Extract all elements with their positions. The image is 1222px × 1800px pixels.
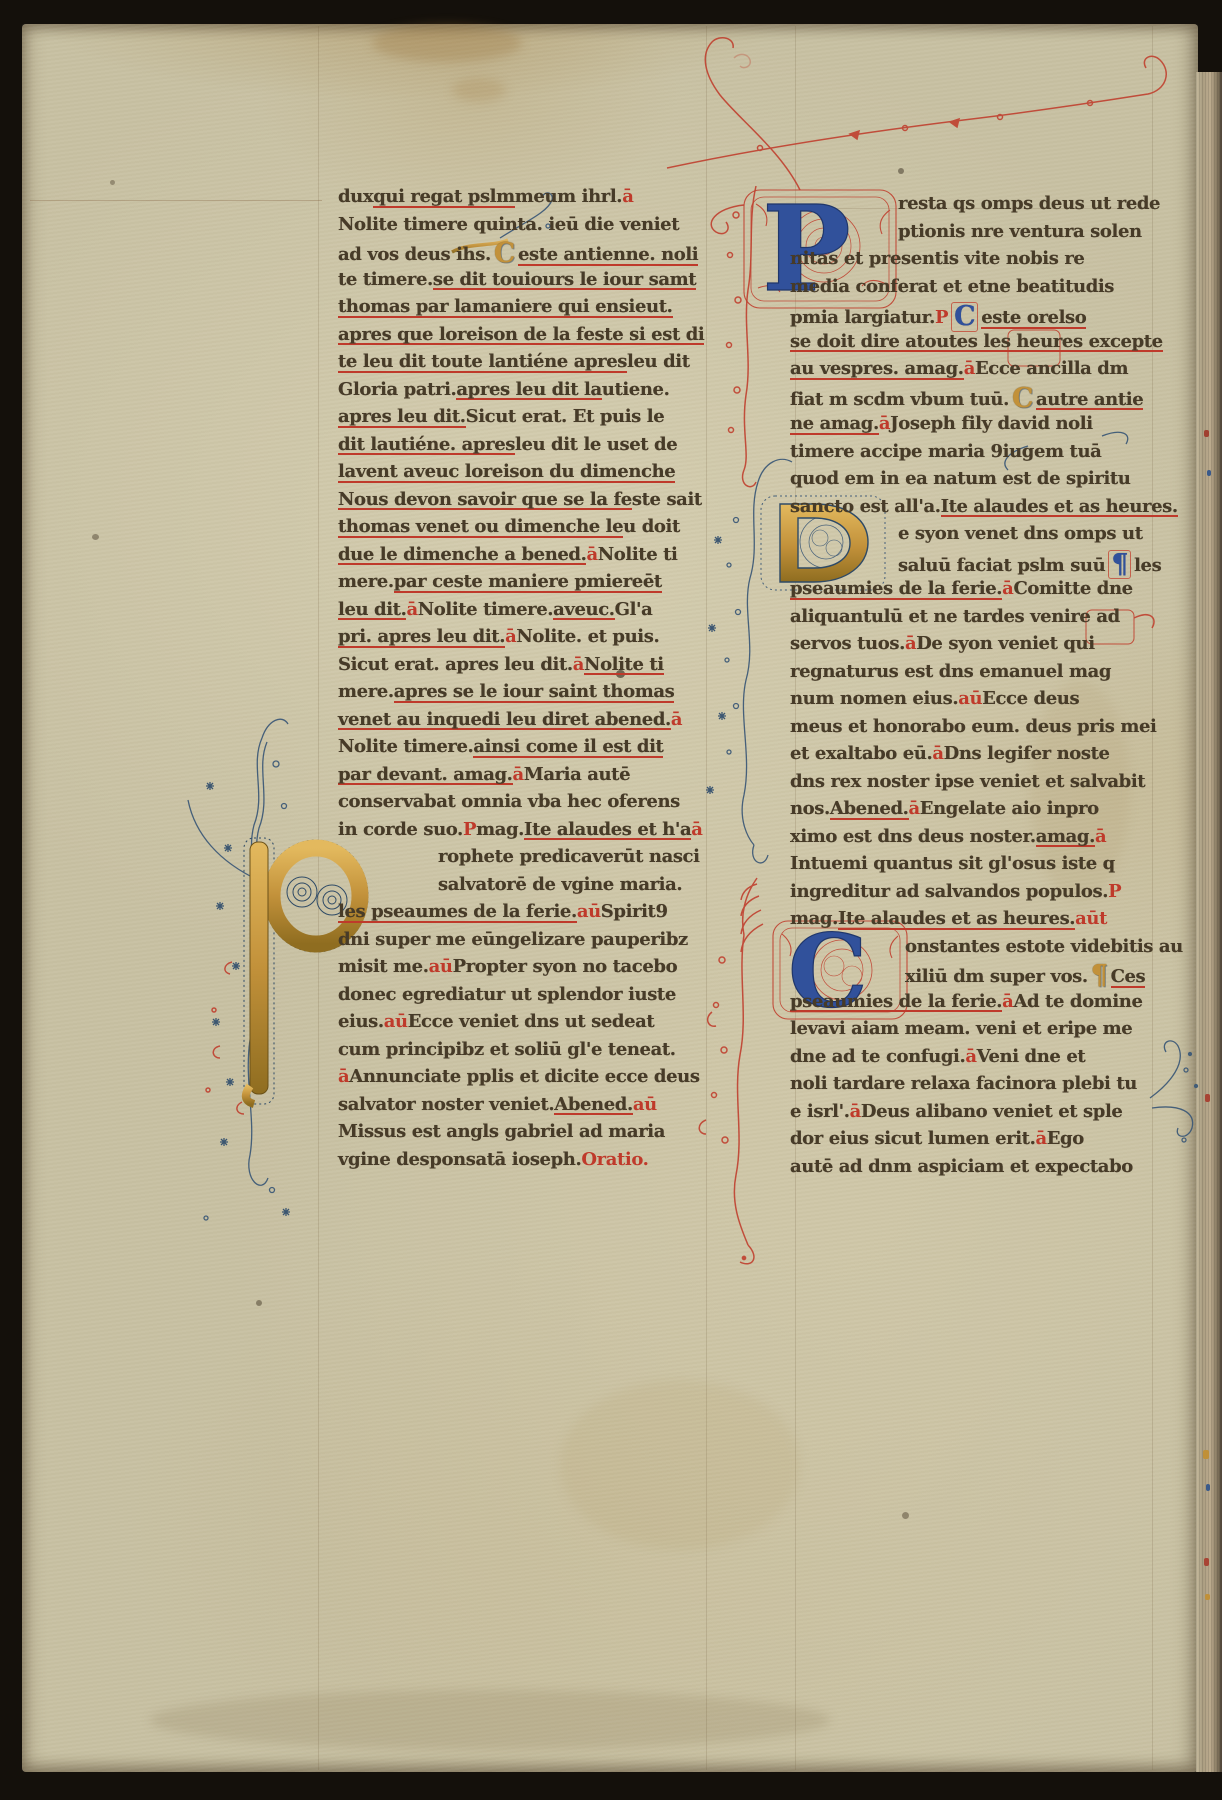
manuscript-text-line: eius. aū Ecce veniet dns ut sedeat xyxy=(338,1008,718,1036)
text-segment: donec egrediatur ut splendor iuste xyxy=(338,981,676,1009)
manuscript-text-line: Nolite timere quinta. ieū die veniet xyxy=(338,211,718,239)
manuscript-text-line: fiat m scdm vbum tuū. Cautre antie xyxy=(790,383,1170,411)
manuscript-text-line: dne ad te confugi. ā Veni dne et xyxy=(790,1043,1170,1071)
ink-speck xyxy=(92,534,99,540)
text-segment: Nolite timere. xyxy=(338,733,473,761)
text-segment: meum ihrl. xyxy=(515,183,622,211)
text-segment: ximo est dns deus noster. xyxy=(790,823,1036,851)
text-segment: Nolite timere. xyxy=(418,596,553,624)
manuscript-text-line: saluū faciat pslm suū ¶les xyxy=(790,548,1170,576)
text-segment: se dit touiours le iour samt xyxy=(433,266,696,294)
manuscript-text-line: quod em in ea natum est de spiritu xyxy=(790,465,1170,493)
text-segment: ā xyxy=(850,1098,861,1126)
manuscript-text-line: levavi aiam meam. veni et eripe me xyxy=(790,1015,1170,1043)
text-segment: De syon veniet qui xyxy=(916,630,1094,658)
text-segment: les xyxy=(1134,552,1161,580)
manuscript-text-line: salvator noster veniet. Abened. aū xyxy=(338,1091,718,1119)
text-segment: ainsi come il est dit xyxy=(473,733,663,761)
ink-speck xyxy=(110,180,115,185)
manuscript-text-line: te leu dit toute lantiéne apres leu dit xyxy=(338,348,718,376)
text-segment: mag. xyxy=(476,816,524,844)
text-segment: eius. xyxy=(338,1008,384,1036)
text-segment: servos tuos. xyxy=(790,630,905,658)
manuscript-text-line: dux qui regat pslm meum ihrl. ā xyxy=(338,183,718,211)
text-segment: leu dit le uset de xyxy=(515,431,677,459)
text-segment: Annunciate pplis et dicite ecce deus xyxy=(349,1063,699,1091)
fore-edge-fleck xyxy=(1204,430,1209,437)
manuscript-text-line: xiliū dm super vos. ¶Ces xyxy=(790,960,1170,988)
parchment-stain xyxy=(560,1380,800,1550)
manuscript-text-line: mag. Ite alaudes et as heures. aūt xyxy=(790,905,1170,933)
text-segment: Nolite ti xyxy=(598,541,678,569)
manuscript-text-line: Gloria patri. apres leu dit lautiene. xyxy=(338,376,718,404)
text-segment: Deus alibano veniet et sple xyxy=(861,1098,1123,1126)
manuscript-text-line: Intuemi quantus sit gl'osus iste q xyxy=(790,850,1170,878)
text-segment: Nous devon savoir que se la fe xyxy=(338,486,632,514)
text-segment: nitas et presentis vite nobis re xyxy=(790,245,1084,273)
text-segment: ā xyxy=(905,630,916,658)
text-segment: dit lautiéne. apres xyxy=(338,431,515,459)
manuscript-text-line: onstantes estote videbitis au xyxy=(790,933,1170,961)
text-segment: amag. xyxy=(1036,823,1095,851)
text-segment: Missus est angls gabriel ad maria xyxy=(338,1118,665,1146)
manuscript-text-line: thomas par lamaniere qui ensieut. xyxy=(338,293,718,321)
text-segment: dor eius sicut lumen erit. xyxy=(790,1125,1035,1153)
text-segment: utiene. xyxy=(602,376,670,404)
text-segment: Engelate aio inpro xyxy=(920,795,1099,823)
text-segment: Sicut erat. apres leu dit. xyxy=(338,651,573,679)
text-segment: resta qs omps deus ut rede xyxy=(898,190,1160,218)
manuscript-text-line: Missus est angls gabriel ad maria xyxy=(338,1118,718,1146)
text-segment: quod em in ea natum est de spiritu xyxy=(790,465,1131,493)
manuscript-text-line: num nomen eius. aū Ecce deus xyxy=(790,685,1170,713)
text-segment: Ecce ancilla dm xyxy=(975,355,1128,383)
manuscript-text-line: te timere. se dit touiours le iour samt xyxy=(338,266,718,294)
text-segment: Nolite ti xyxy=(584,651,664,679)
text-segment: ā xyxy=(586,541,597,569)
text-segment: ā xyxy=(932,740,943,768)
text-segment: pseaumies de la ferie. xyxy=(790,988,1002,1016)
text-segment: salvatorē de vgine maria. xyxy=(438,871,682,899)
manuscript-text-line: aliquantulū et ne tardes venire ad xyxy=(790,603,1170,631)
text-segment: par ceste maniere pmiereēt xyxy=(394,568,662,596)
manuscript-text-line: dni super me eūngelizare pauperibz xyxy=(338,926,718,954)
manuscript-text-line: par devant. amag. ā Maria autē xyxy=(338,761,718,789)
manuscript-text-line: nos. Abened. ā Engelate aio inpro xyxy=(790,795,1170,823)
manuscript-text-line: noli tardare relaxa facinora plebi tu xyxy=(790,1070,1170,1098)
text-segment: xiliū dm super vos. xyxy=(905,963,1088,991)
text-segment: venet au inquedi leu diret abened. xyxy=(338,706,671,734)
text-segment: ā xyxy=(622,183,633,211)
manuscript-text-line: pri. apres leu dit. ā Nolite. et puis. xyxy=(338,623,718,651)
manuscript-text-line: dit lautiéne. apres leu dit le uset de xyxy=(338,431,718,459)
text-segment: salvator noster veniet. xyxy=(338,1091,554,1119)
text-segment: ā xyxy=(1002,988,1013,1016)
text-segment: media conferat et etne beatitudis xyxy=(790,273,1114,301)
manuscript-text-line: e syon venet dns omps ut xyxy=(790,520,1170,548)
manuscript-text-line: Nolite timere. ainsi come il est dit xyxy=(338,733,718,761)
text-segment: ā xyxy=(1002,575,1013,603)
ink-speck xyxy=(256,1300,262,1306)
text-segment: due le dimenche a bened. xyxy=(338,541,586,569)
text-segment: autre antie xyxy=(1036,386,1143,414)
text-column-right: resta qs omps deus ut redeptionis nre ve… xyxy=(790,190,1170,1180)
manuscript-text-line: Nous devon savoir que se la feste sait xyxy=(338,486,718,514)
text-segment: Veni dne et xyxy=(977,1043,1086,1071)
manuscript-text-line: e isrl'. ā Deus alibano veniet et sple xyxy=(790,1098,1170,1126)
text-segment: aū xyxy=(958,685,982,713)
fore-edge-fleck xyxy=(1203,1450,1209,1459)
text-segment: conservabat omnia vba hec oferens xyxy=(338,788,680,816)
text-segment: Gl'a xyxy=(615,596,653,624)
ink-speck xyxy=(902,1512,909,1519)
text-segment: aū xyxy=(577,898,601,926)
manuscript-text-line: misit me. aū Propter syon no tacebo xyxy=(338,953,718,981)
manuscript-text-line: vgine desponsatā ioseph. Oratio. xyxy=(338,1146,718,1174)
manuscript-text-line: rophete predicaverūt nasci xyxy=(338,843,718,871)
text-segment: autē ad dnm aspiciam et expectabo xyxy=(790,1153,1133,1181)
text-segment: num nomen eius. xyxy=(790,685,958,713)
text-segment: qui regat pslm xyxy=(373,183,515,211)
manuscript-text-line: timere accipe maria 9iugem tuā xyxy=(790,438,1170,466)
fore-edge-fleck xyxy=(1205,1094,1210,1102)
manuscript-text-line: pmia largiatur. P Ceste orelso xyxy=(790,300,1170,328)
text-segment: dux xyxy=(338,183,373,211)
manuscript-photo: { "document": { "type": "illuminated-man… xyxy=(0,0,1222,1800)
manuscript-text-line: conservabat omnia vba hec oferens xyxy=(338,788,718,816)
text-segment: Ecce veniet dns ut sedeat xyxy=(408,1008,655,1036)
manuscript-text-line: leu dit. ā Nolite timere. aveuc. Gl'a xyxy=(338,596,718,624)
text-segment: apres leu dit. xyxy=(338,403,466,431)
parchment-stain xyxy=(452,78,506,102)
inline-initial-blue: C xyxy=(951,302,978,332)
manuscript-text-line: ptionis nre ventura solen xyxy=(790,218,1170,246)
fore-edge-fleck xyxy=(1207,470,1211,476)
manuscript-text-line: ad vos deus ihs. Ceste antienne. noli xyxy=(338,238,718,266)
text-segment: Nolite. et puis. xyxy=(516,623,659,651)
text-segment: mere. xyxy=(338,678,394,706)
inline-initial-gold: C xyxy=(1012,385,1033,413)
manuscript-text-line: regnaturus est dns emanuel mag xyxy=(790,658,1170,686)
manuscript-text-line: media conferat et etne beatitudis xyxy=(790,273,1170,301)
manuscript-text-line: ximo est dns deus noster. amag. ā xyxy=(790,823,1170,851)
text-segment: ā xyxy=(513,761,524,789)
manuscript-text-line: les pseaumes de la ferie. aū Spirit9 xyxy=(338,898,718,926)
text-segment: ne amag. xyxy=(790,410,879,438)
text-segment: apres se le iour saint thomas xyxy=(394,678,675,706)
text-segment: thomas venet ou dimenche le xyxy=(338,513,623,541)
text-segment: leu dit xyxy=(627,348,690,376)
text-segment: in corde suo. xyxy=(338,816,463,844)
text-segment: les pseaumes de la ferie. xyxy=(338,898,577,926)
text-segment: ste sait xyxy=(632,486,702,514)
text-segment: mere. xyxy=(338,568,394,596)
text-segment: aliquantulū et ne tardes venire ad xyxy=(790,603,1120,631)
text-segment: se doit dire atoutes les heures excepte xyxy=(790,328,1163,356)
manuscript-text-line: donec egrediatur ut splendor iuste xyxy=(338,981,718,1009)
text-segment: dni super me eūngelizare pauperibz xyxy=(338,926,688,954)
text-segment: ā xyxy=(964,355,975,383)
text-segment: Ego xyxy=(1047,1125,1084,1153)
text-segment: ā xyxy=(406,596,417,624)
text-segment: Intuemi quantus sit gl'osus iste q xyxy=(790,850,1115,878)
manuscript-text-line: servos tuos. ā De syon veniet qui xyxy=(790,630,1170,658)
text-segment: Ad te domine xyxy=(1013,988,1142,1016)
manuscript-text-line: ingreditur ad salvandos populos. P xyxy=(790,878,1170,906)
text-segment: pseaumies de la ferie. xyxy=(790,575,1002,603)
manuscript-text-line: ā Annunciate pplis et dicite ecce deus xyxy=(338,1063,718,1091)
text-segment: Ite alaudes et as heures. xyxy=(941,493,1178,521)
text-segment: par devant. amag. xyxy=(338,761,513,789)
text-segment: Ite alaudes et h'a xyxy=(524,816,691,844)
manuscript-text-line: ne amag. ā Joseph fily david noli xyxy=(790,410,1170,438)
manuscript-text-line: salvatorē de vgine maria. xyxy=(338,871,718,899)
text-segment: aū xyxy=(633,1091,657,1119)
text-segment: ā xyxy=(879,410,890,438)
manuscript-text-line: cum principibz et soliū gl'e teneat. xyxy=(338,1036,718,1064)
text-segment: onstantes estote videbitis au xyxy=(905,933,1183,961)
text-segment: thomas par lamaniere qui ensieut. xyxy=(338,293,673,321)
manuscript-text-line: Sicut erat. apres leu dit. ā Nolite ti xyxy=(338,651,718,679)
manuscript-text-line: au vespres. amag. ā Ecce ancilla dm xyxy=(790,355,1170,383)
text-segment: leu dit. xyxy=(338,596,406,624)
manuscript-text-line: se doit dire atoutes les heures excepte xyxy=(790,328,1170,356)
manuscript-text-line: in corde suo. P mag. Ite alaudes et h'a … xyxy=(338,816,718,844)
text-segment: nos. xyxy=(790,795,830,823)
text-segment: P xyxy=(463,816,476,844)
text-segment: ā xyxy=(338,1063,349,1091)
text-segment: timere accipe maria 9iugem tuā xyxy=(790,438,1101,466)
text-segment: ā xyxy=(691,816,702,844)
text-segment: aū xyxy=(384,1008,408,1036)
manuscript-text-line: lavent aveuc loreison du dimenche xyxy=(338,458,718,486)
text-segment: pri. apres leu dit. xyxy=(338,623,505,651)
manuscript-text-line: meus et honorabo eum. deus pris mei xyxy=(790,713,1170,741)
text-segment: te timere. xyxy=(338,266,433,294)
text-segment: ā xyxy=(505,623,516,651)
text-segment: ad vos deus ihs. xyxy=(338,241,491,269)
text-segment: meus et honorabo eum. deus pris mei xyxy=(790,713,1157,741)
text-segment: aū xyxy=(429,953,453,981)
text-segment: Ite alaudes et as heures. xyxy=(838,905,1075,933)
text-segment: dns rex noster ipse veniet et salvabit xyxy=(790,768,1145,796)
text-segment: apres que loreison de la feste si est di xyxy=(338,321,704,349)
manuscript-text-line: resta qs omps deus ut rede xyxy=(790,190,1170,218)
manuscript-text-line: thomas venet ou dimenche leu doit xyxy=(338,513,718,541)
manuscript-text-line: mere. par ceste maniere pmiereēt xyxy=(338,568,718,596)
fore-edge-fleck xyxy=(1206,1484,1210,1491)
manuscript-text-line: sancto est all'a. Ite alaudes et as heur… xyxy=(790,493,1170,521)
text-segment: ingreditur ad salvandos populos. xyxy=(790,878,1108,906)
text-segment: fiat m scdm vbum tuū. xyxy=(790,386,1009,414)
text-segment: ā xyxy=(671,706,682,734)
text-segment: mag. xyxy=(790,905,838,933)
book-fore-edge xyxy=(1196,72,1222,1772)
text-segment: vgine desponsatā ioseph. xyxy=(338,1146,581,1174)
text-segment: Sicut erat. Et puis le xyxy=(466,403,665,431)
text-segment: lavent aveuc loreison du dimenche xyxy=(338,458,675,486)
parchment-stain xyxy=(372,24,522,62)
text-segment: Oratio. xyxy=(581,1146,648,1174)
text-segment: cum principibz et soliū gl'e teneat. xyxy=(338,1036,676,1064)
manuscript-text-line: dor eius sicut lumen erit. ā Ego xyxy=(790,1125,1170,1153)
text-segment: ā xyxy=(965,1043,976,1071)
text-segment: Ces xyxy=(1111,963,1146,991)
text-segment: Maria autē xyxy=(524,761,630,789)
text-segment: e isrl'. xyxy=(790,1098,850,1126)
manuscript-text-line: et exaltabo eū. ā Dns legifer noste xyxy=(790,740,1170,768)
text-segment: apres leu dit la xyxy=(456,376,601,404)
text-segment: Gloria patri. xyxy=(338,376,456,404)
text-segment: ā xyxy=(1095,823,1106,851)
text-segment: ā xyxy=(1035,1125,1046,1153)
text-segment: Spirit9 xyxy=(601,898,668,926)
text-segment: aūt xyxy=(1075,905,1107,933)
manuscript-text-line: venet au inquedi leu diret abened. ā xyxy=(338,706,718,734)
text-segment: rophete predicaverūt nasci xyxy=(438,843,700,871)
text-segment: Propter syon no tacebo xyxy=(453,953,678,981)
manuscript-text-line: due le dimenche a bened. ā Nolite ti xyxy=(338,541,718,569)
text-segment: regnaturus est dns emanuel mag xyxy=(790,658,1111,686)
inline-initial-gold: ¶ xyxy=(1091,962,1108,990)
manuscript-text-line: nitas et presentis vite nobis re xyxy=(790,245,1170,273)
text-segment: e syon venet dns omps ut xyxy=(898,520,1143,548)
inline-initial-blue: ¶ xyxy=(1108,550,1131,580)
text-segment: sancto est all'a. xyxy=(790,493,941,521)
ink-speck xyxy=(898,168,904,174)
text-segment: P xyxy=(1108,878,1121,906)
fore-edge-fleck xyxy=(1204,1558,1209,1566)
text-segment: ā xyxy=(909,795,920,823)
text-segment: au vespres. amag. xyxy=(790,355,964,383)
text-segment: levavi aiam meam. veni et eripe me xyxy=(790,1015,1132,1043)
text-segment: este antienne. noli xyxy=(518,241,698,269)
text-segment: noli tardare relaxa facinora plebi tu xyxy=(790,1070,1137,1098)
manuscript-text-line: mere. apres se le iour saint thomas xyxy=(338,678,718,706)
text-segment: Abened. xyxy=(830,795,909,823)
text-segment: Nolite timere quinta. ieū die veniet xyxy=(338,211,679,239)
manuscript-text-line: apres leu dit. Sicut erat. Et puis le xyxy=(338,403,718,431)
text-segment: ptionis nre ventura solen xyxy=(898,218,1142,246)
text-segment: misit me. xyxy=(338,953,429,981)
text-segment: Joseph fily david noli xyxy=(890,410,1093,438)
text-segment: Dns legifer noste xyxy=(944,740,1110,768)
text-segment: ā xyxy=(573,651,584,679)
parchment-stain xyxy=(150,1690,830,1750)
manuscript-text-line: dns rex noster ipse veniet et salvabit xyxy=(790,768,1170,796)
text-segment: dne ad te confugi. xyxy=(790,1043,965,1071)
manuscript-text-line: pseaumies de la ferie. ā Ad te domine xyxy=(790,988,1170,1016)
text-segment: Ecce deus xyxy=(982,685,1079,713)
inline-initial-gold: C xyxy=(494,240,515,268)
ruling-line-horizontal xyxy=(30,200,322,201)
manuscript-text-line: autē ad dnm aspiciam et expectabo xyxy=(790,1153,1170,1181)
manuscript-text-line: apres que loreison de la feste si est di xyxy=(338,321,718,349)
text-segment: Abened. xyxy=(554,1091,633,1119)
text-segment: et exaltabo eū. xyxy=(790,740,932,768)
text-segment: u doit xyxy=(623,513,680,541)
fore-edge-fleck xyxy=(1205,1594,1210,1600)
text-column-left: dux qui regat pslm meum ihrl. āNolite ti… xyxy=(338,183,718,1173)
text-segment: aveuc. xyxy=(553,596,615,624)
text-segment: te leu dit toute lantiéne apres xyxy=(338,348,627,376)
